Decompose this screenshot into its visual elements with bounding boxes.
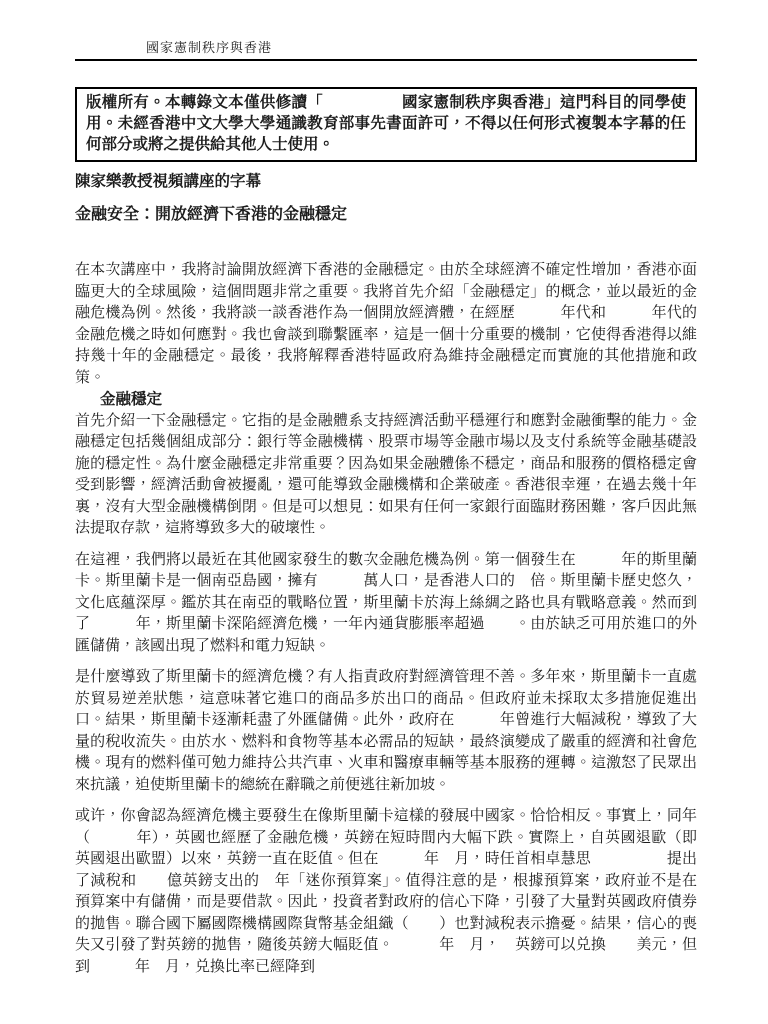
running-header: 國家憲制秩序與香港 bbox=[75, 40, 697, 56]
lecture-subtitle: 陳家樂教授視頻講座的字幕 bbox=[75, 171, 697, 192]
paragraph-sri-lanka-crisis: 在這裡，我們將以最近在其他國家發生的數次金融危機為例。第一個發生在 年的斯里蘭卡… bbox=[75, 550, 697, 658]
paragraph-uk-crisis: 或许，你會認為經濟危機主要發生在像斯里蘭卡這樣的發展中國家。恰恰相反。事實上，同… bbox=[75, 806, 697, 978]
header-rule bbox=[75, 59, 697, 61]
page-header: 國家憲制秩序與香港 bbox=[75, 40, 697, 61]
copyright-notice-box: 版權所有。本轉錄文本僅供修讀「 國家憲制秩序與香港」這門科目的同學使用。未經香港… bbox=[75, 87, 697, 162]
section-heading-financial-stability: 金融穩定 bbox=[75, 389, 697, 411]
lecture-title: 金融安全：開放經濟下香港的金融穩定 bbox=[75, 204, 697, 225]
paragraph-sri-lanka-causes: 是什麼導致了斯里蘭卡的經濟危機？有人指責政府對經濟管理不善。多年來，斯里蘭卡一直… bbox=[75, 667, 697, 796]
document-page: 國家憲制秩序與香港 版權所有。本轉錄文本僅供修讀「 國家憲制秩序與香港」這門科目… bbox=[0, 0, 768, 1024]
copyright-notice-text: 版權所有。本轉錄文本僅供修讀「 國家憲制秩序與香港」這門科目的同學使用。未經香港… bbox=[86, 92, 686, 155]
running-header-title: 國家憲制秩序與香港 bbox=[146, 40, 272, 55]
paragraph-introduction: 在本次講座中，我將討論開放經濟下香港的金融穩定。由於全球經濟不確定性增加，香港亦… bbox=[75, 260, 697, 389]
paragraph-financial-stability-definition: 首先介紹一下金融穩定。它指的是金融體系支持經濟活動平穩運行和應對金融衝擊的能力。… bbox=[75, 411, 697, 540]
